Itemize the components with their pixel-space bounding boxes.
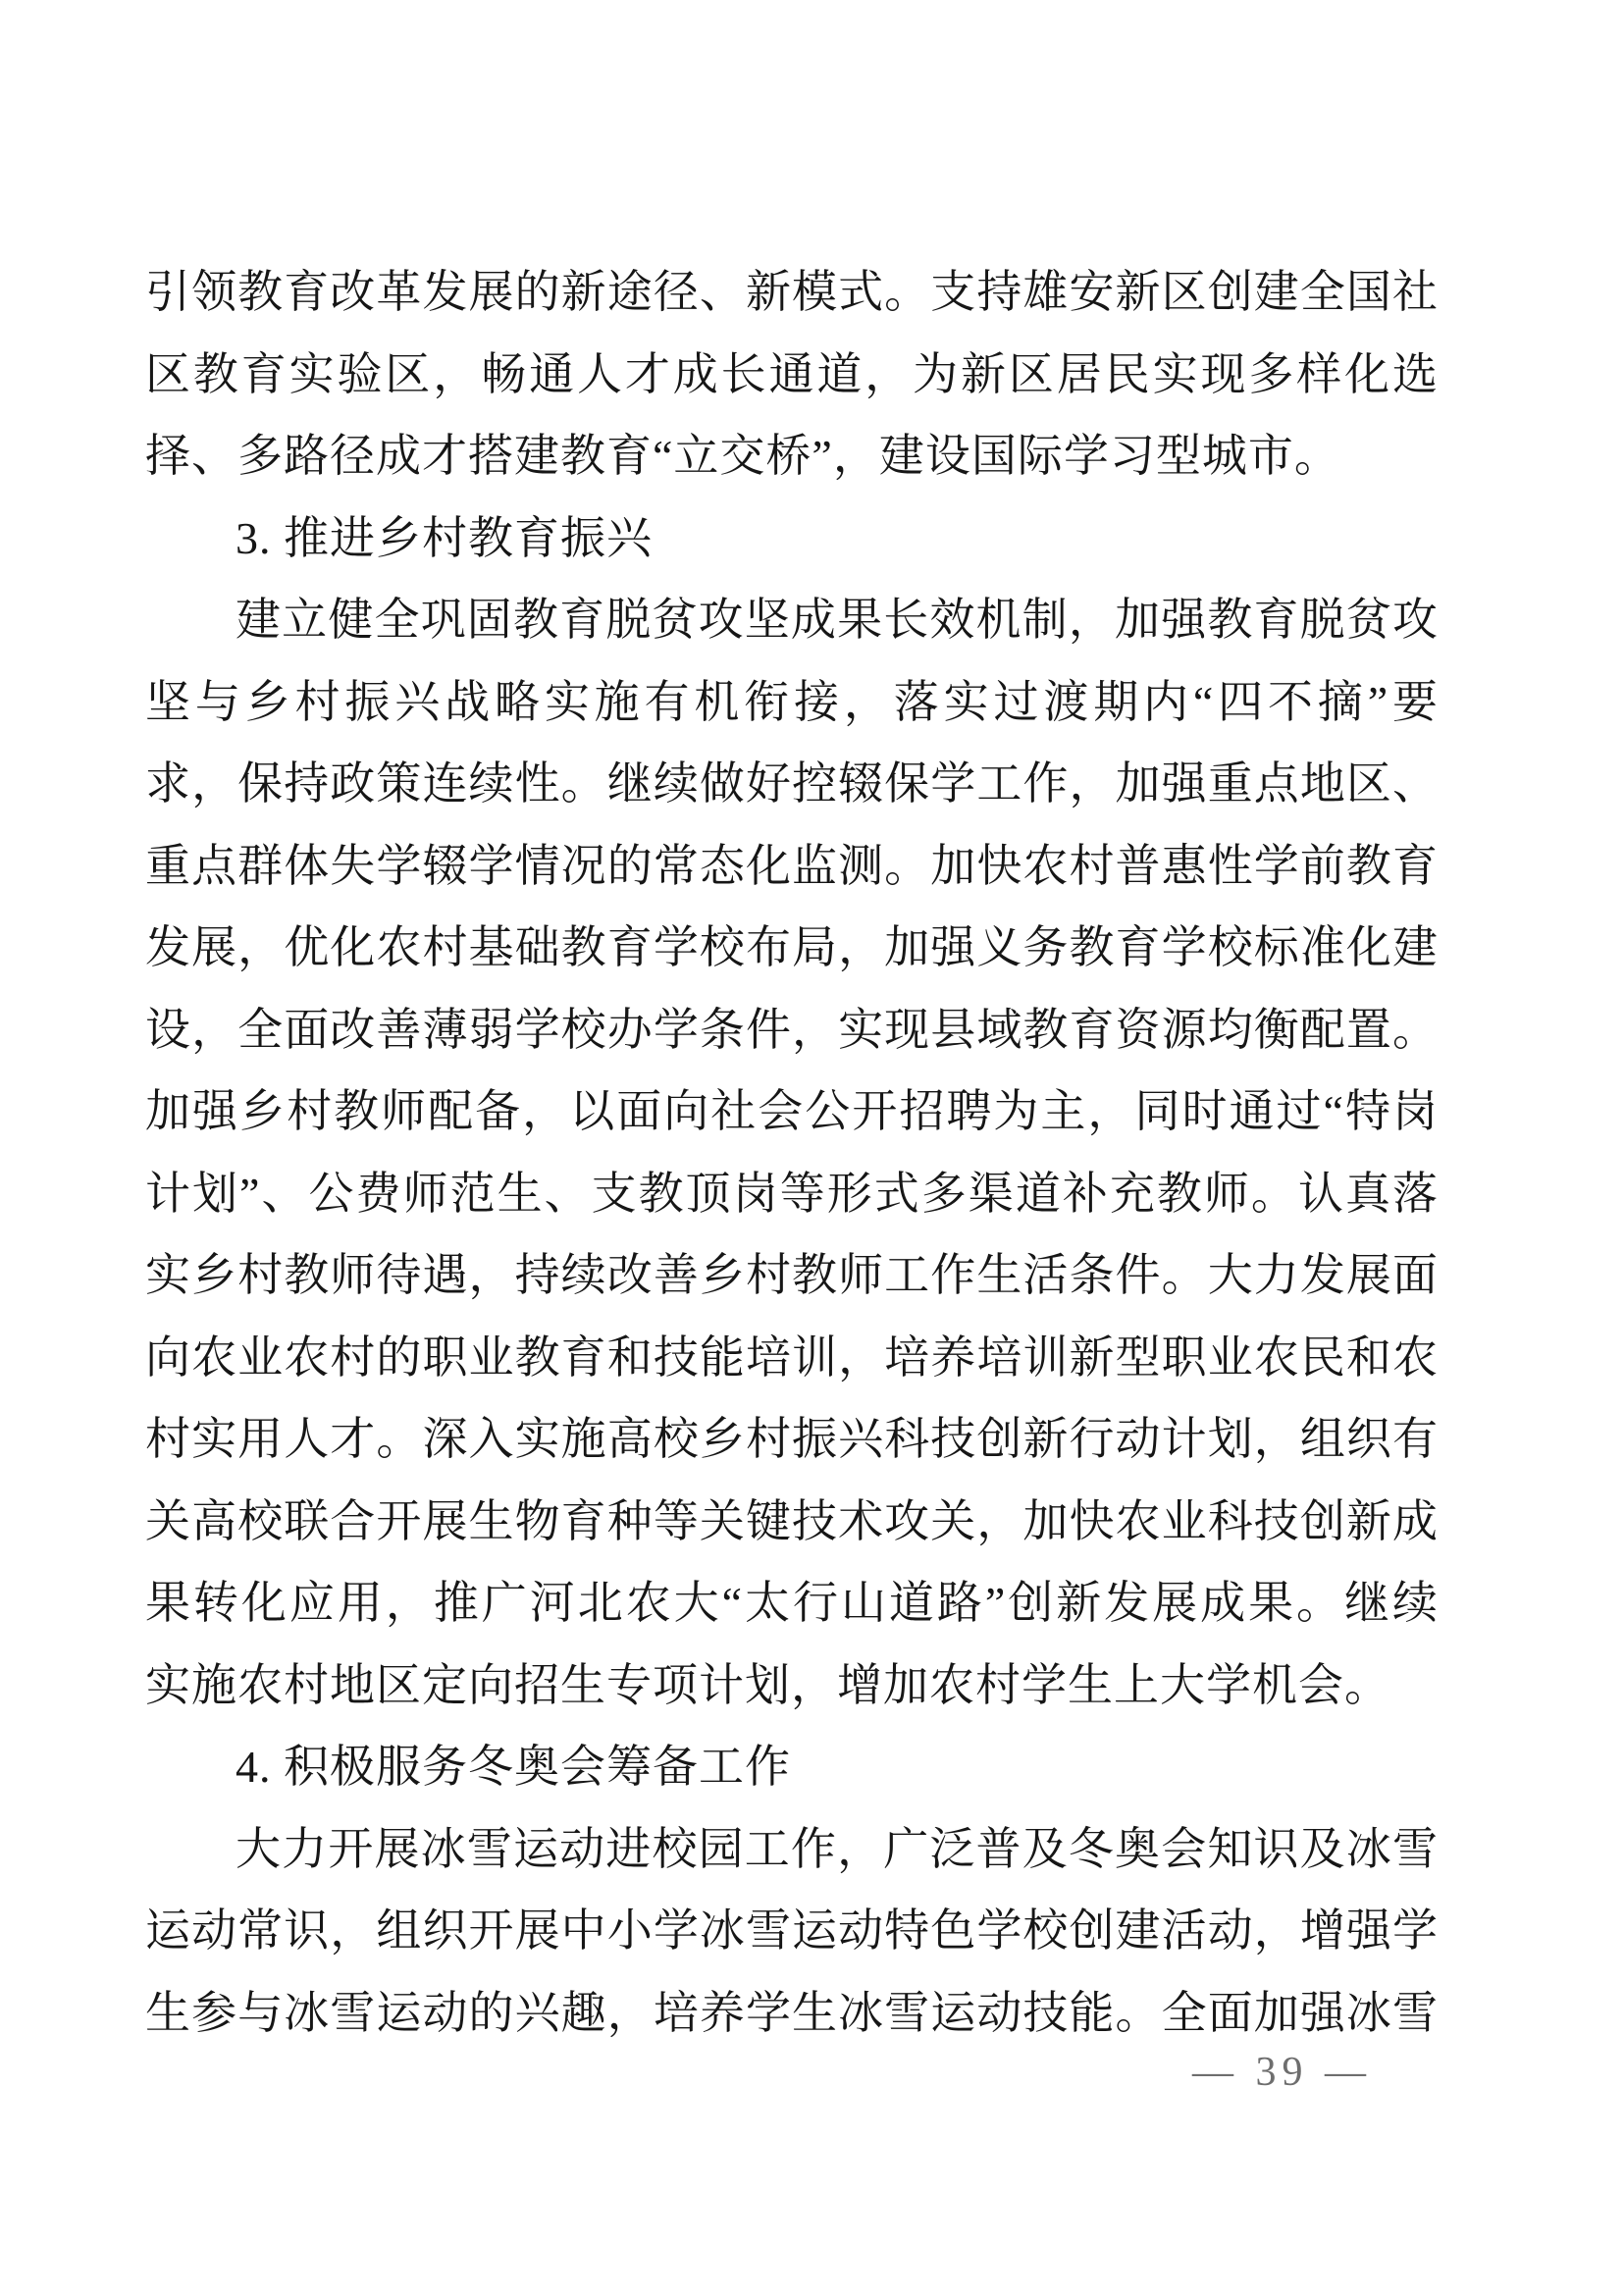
body-line: 生参与冰雪运动的兴趣，培养学生冰雪运动技能。全面加强冰雪 — [145, 1972, 1439, 2055]
body-line: 求，保持政策连续性。继续做好控辍保学工作，加强重点地区、 — [145, 743, 1439, 825]
body-line: 重点群体失学辍学情况的常态化监测。加快农村普惠性学前教育 — [145, 825, 1439, 908]
section-heading-3: 3. 推进乡村教育振兴 — [145, 497, 1439, 580]
body-line: 实乡村教师待遇，持续改善乡村教师工作生活条件。大力发展面 — [145, 1234, 1439, 1317]
body-line: 实施农村地区定向招生专项计划，增加农村学生上大学机会。 — [145, 1644, 1439, 1727]
body-line: 建立健全巩固教育脱贫攻坚成果长效机制，加强教育脱贫攻 — [145, 579, 1439, 661]
document-page: 引领教育改革发展的新途径、新模式。支持雄安新区创建全国社 区教育实验区，畅通人才… — [0, 0, 1624, 2296]
body-line: 关高校联合开展生物育种等关键技术攻关，加快农业科技创新成 — [145, 1481, 1439, 1563]
body-line: 运动常识，组织开展中小学冰雪运动特色学校创建活动，增强学 — [145, 1890, 1439, 1972]
body-line: 区教育实验区，畅通人才成长通道，为新区居民实现多样化选 — [145, 334, 1439, 416]
body-line: 加强乡村教师配备，以面向社会公开招聘为主，同时通过“特岗 — [145, 1070, 1439, 1153]
body-line: 设，全面改善薄弱学校办学条件，实现县域教育资源均衡配置。 — [145, 989, 1439, 1071]
body-line: 大力开展冰雪运动进校园工作，广泛普及冬奥会知识及冰雪 — [145, 1808, 1439, 1891]
body-line: 果转化应用，推广河北农大“太行山道路”创新发展成果。继续 — [145, 1562, 1439, 1644]
body-line: 坚与乡村振兴战略实施有机衔接，落实过渡期内“四不摘”要 — [145, 661, 1439, 744]
body-line: 计划”、公费师范生、支教顶岗等形式多渠道补充教师。认真落 — [145, 1153, 1439, 1235]
body-text: 引领教育改革发展的新途径、新模式。支持雄安新区创建全国社 区教育实验区，畅通人才… — [145, 251, 1439, 2054]
body-line: 发展，优化农村基础教育学校布局，加强义务教育学校标准化建 — [145, 907, 1439, 989]
body-line: 引领教育改革发展的新途径、新模式。支持雄安新区创建全国社 — [145, 251, 1439, 334]
body-line: 择、多路径成才搭建教育“立交桥”，建设国际学习型城市。 — [145, 415, 1439, 497]
body-line: 村实用人才。深入实施高校乡村振兴科技创新行动计划，组织有 — [145, 1398, 1439, 1481]
section-heading-4: 4. 积极服务冬奥会筹备工作 — [145, 1726, 1439, 1808]
body-line: 向农业农村的职业教育和技能培训，培养培训新型职业农民和农 — [145, 1317, 1439, 1399]
page-number: — 39 — — [1192, 2049, 1372, 2096]
